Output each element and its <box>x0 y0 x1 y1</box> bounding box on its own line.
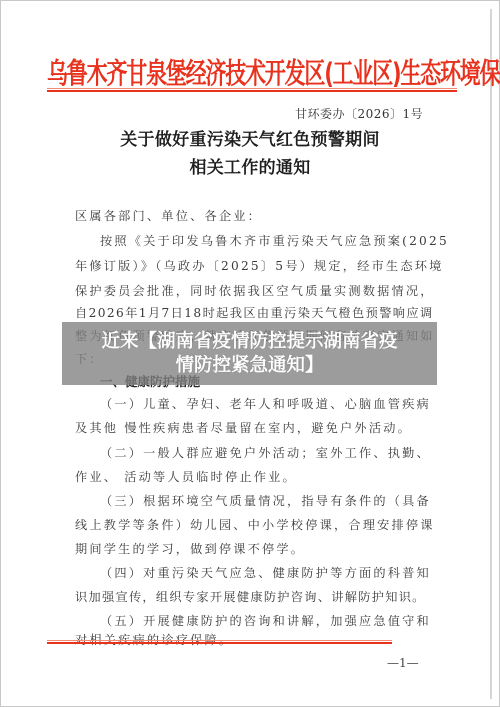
item-2-line: （二）一般人群应避免户外活动；室外工作、执勤、 <box>100 444 431 461</box>
intro-line: 年修订版）》（乌政办〔2025〕5号）规定，经市生态环境 <box>75 257 443 274</box>
document-title-line-1: 关于做好重污染天气红色预警期间 <box>60 125 440 150</box>
document-title-line-2: 相关工作的通知 <box>60 153 440 178</box>
salutation: 区属各部门、单位、各企业： <box>75 207 262 224</box>
document-number: 甘环委办〔2026〕1号 <box>295 105 423 122</box>
headline-overlay-line-2: 情防控紧急通知】 <box>175 354 323 378</box>
item-5-line: （五）开展健康防护的咨询和讲解，加强应急值守和 <box>100 612 431 629</box>
page-number: —1— <box>387 656 419 670</box>
headline-overlay-line-1: 近来【湖南省疫情防控提示湖南省疫 <box>101 330 397 354</box>
page-edge-shadow <box>490 9 492 699</box>
item-3-line: （三）根据环境空气质量情况，指导有条件的（具备 <box>100 492 431 509</box>
item-3-line: 线上教学等条件）幼儿园、中小学校停课，合理安排停课 <box>75 516 435 533</box>
intro-line: 自2026年1月7日18时起我区由重污染天气橙色预警响应调 <box>75 304 434 321</box>
letterhead-title: 乌鲁木齐甘泉堡经济技术开发区(工业区)生态环境保护委员会办公室 <box>47 52 457 93</box>
intro-line: 按照《关于印发乌鲁木齐市重污染天气应急预案(2025 <box>100 232 449 249</box>
letterhead-red-rule <box>47 88 457 92</box>
headline-overlay-banner: 近来【湖南省疫情防控提示湖南省疫 情防控紧急通知】 <box>62 322 437 385</box>
footer-red-rule <box>47 640 392 644</box>
item-1-line: 及其他 慢性疾病患者尽量留在室内，避免户外活动。 <box>75 419 412 436</box>
item-2-line: 作业、 活动等人员临时停止作业。 <box>75 468 297 485</box>
intro-line: 保护委员会批准，同时依据我区空气质量实测数据情况， <box>75 282 435 299</box>
item-4-line: 识加强宣传，组织专家开展健康防护咨询、讲解防护知识。 <box>75 588 426 605</box>
item-3-line: 期间学生的学习，做到停课不停学。 <box>75 540 305 557</box>
item-1-line: （一）儿童、孕妇、老年人和呼吸道、心脑血管疾病 <box>100 395 431 412</box>
item-4-line: （四）对重污染天气应急、健康防护等方面的科普知 <box>100 564 431 581</box>
